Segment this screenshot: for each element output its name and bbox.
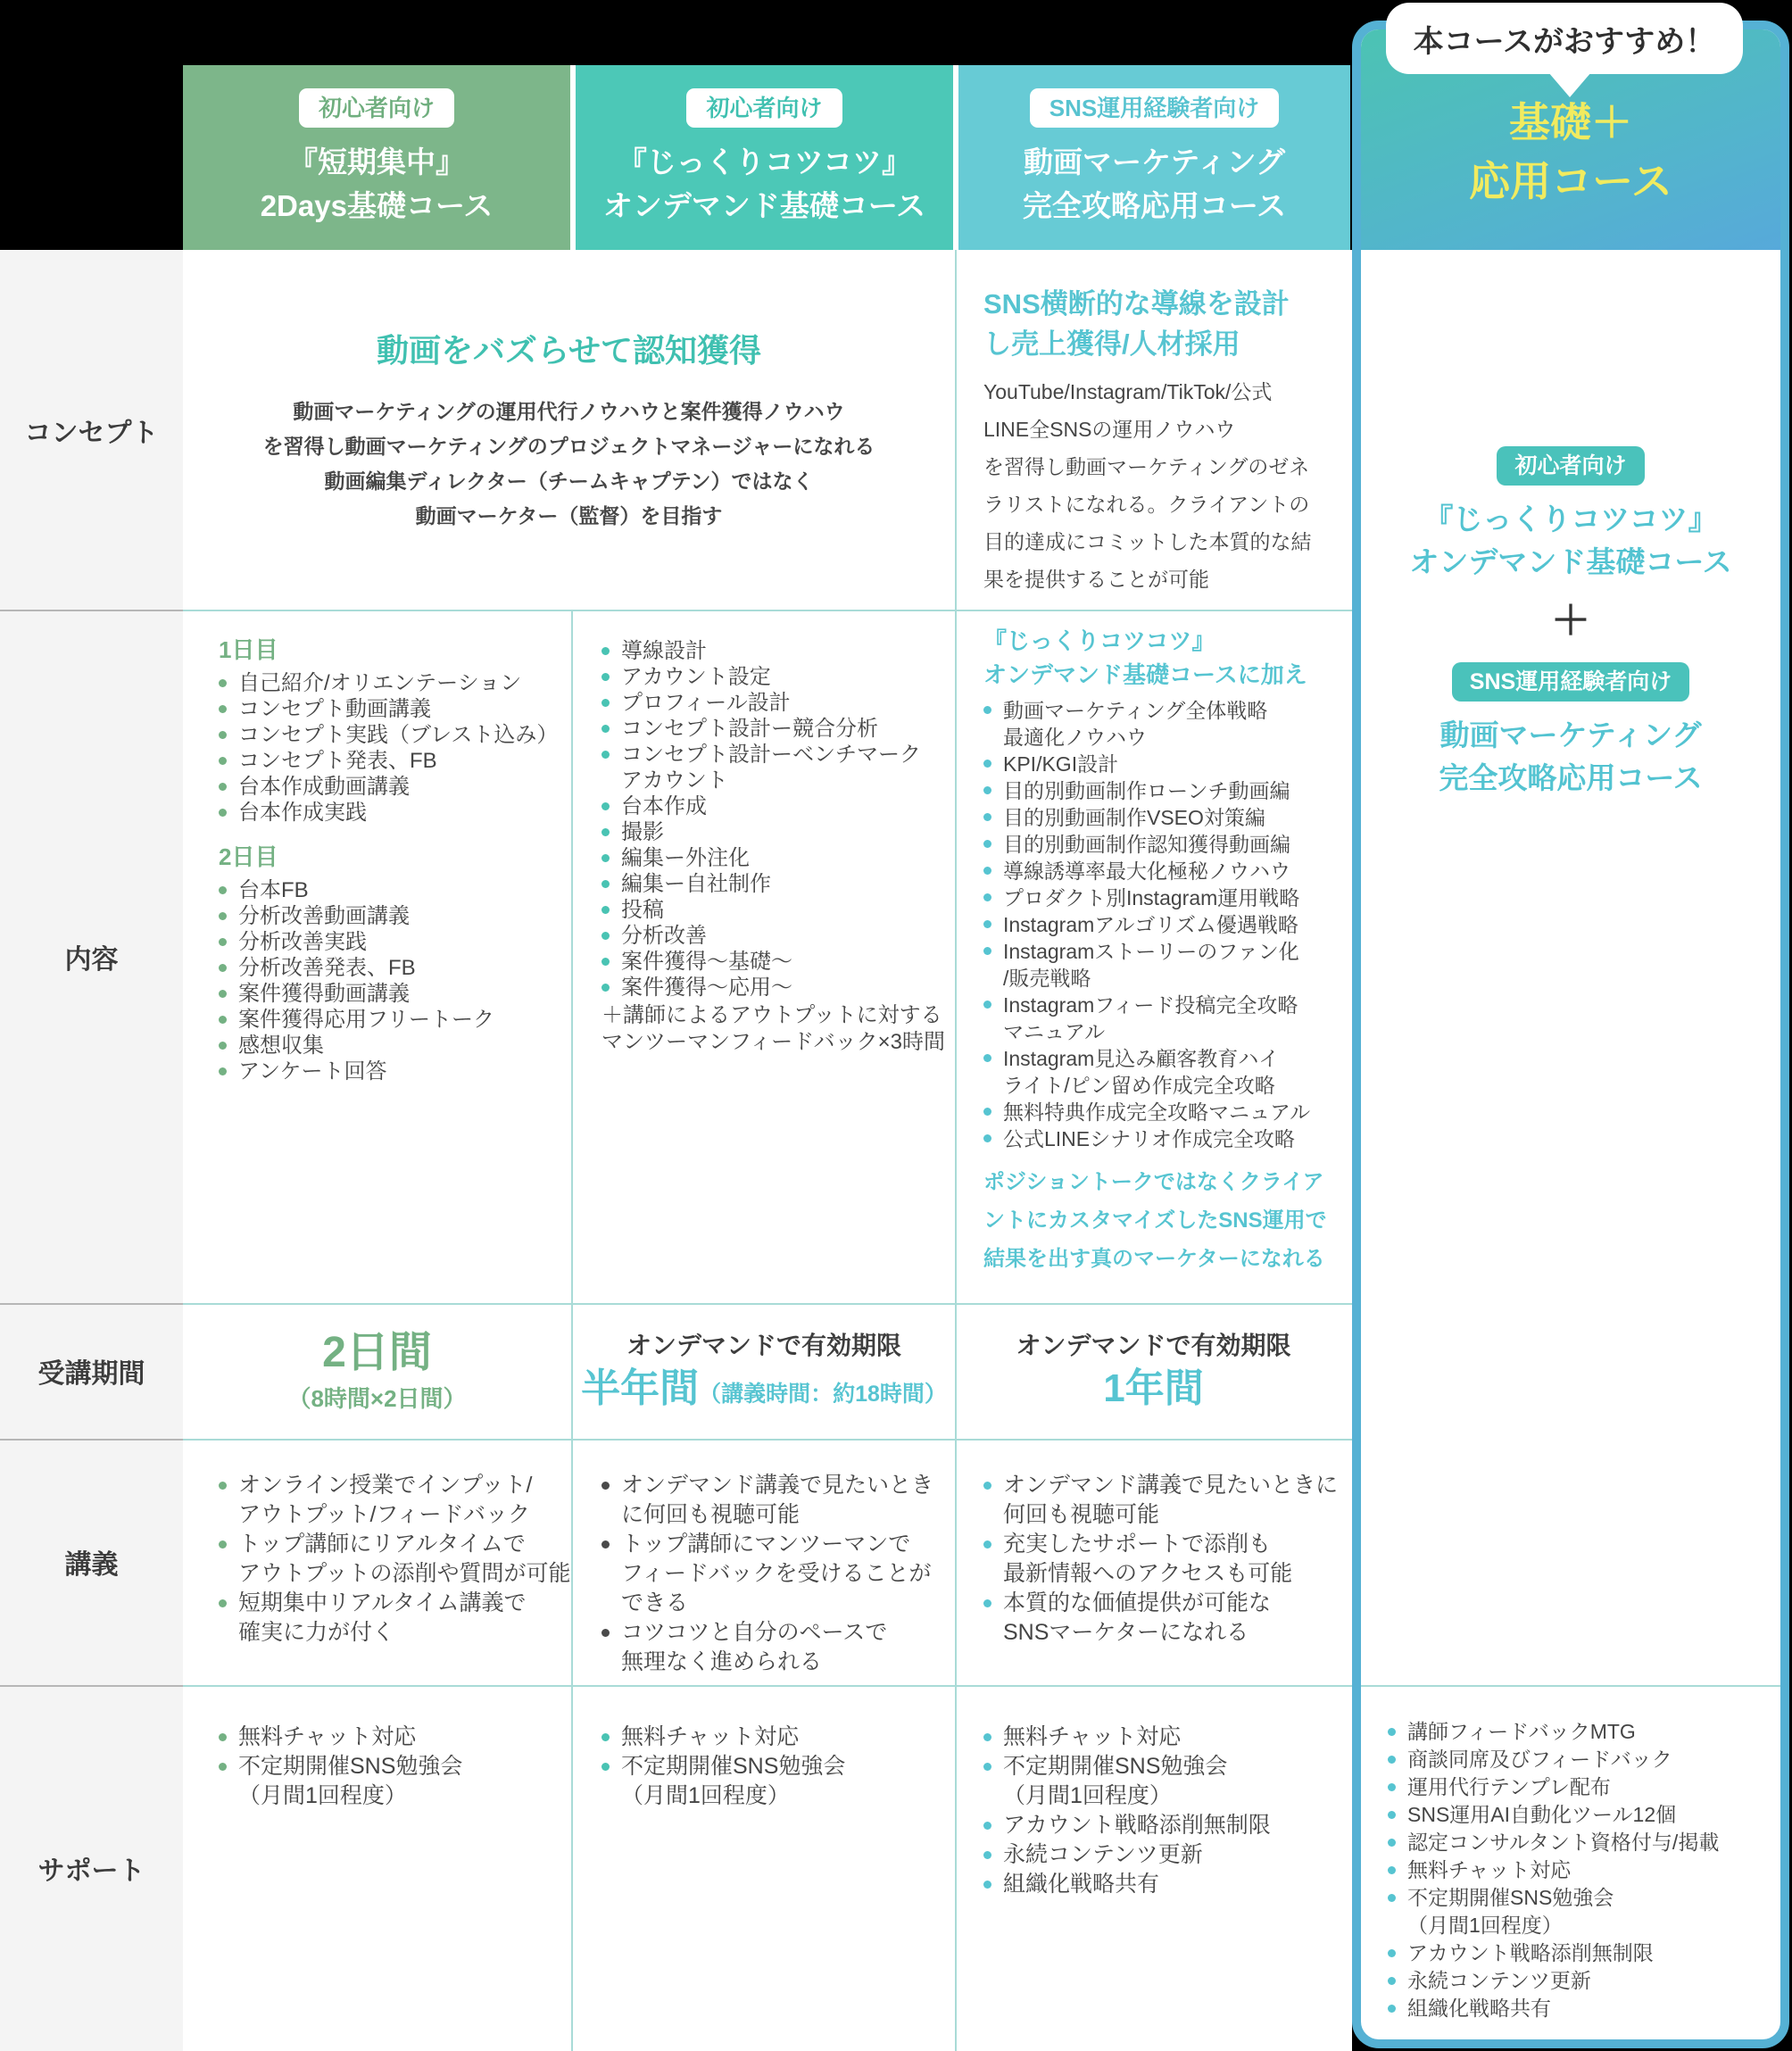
list-item-text: Instagramアルゴリズム優遇戦略: [1003, 911, 1298, 938]
list-item: 本質的な価値提供が可能な SNSマーケターになれる: [983, 1589, 1350, 1648]
bullet-icon: [219, 886, 227, 894]
bubble-tail-icon: [1548, 72, 1591, 97]
list-item-text: 無料特典作成完全攻略マニュアル: [1003, 1099, 1310, 1125]
list-item: アカウント戦略添削無制限: [983, 1811, 1350, 1840]
support-list-2days: 無料チャット対応不定期開催SNS勉強会 （月間1回程度）: [219, 1723, 571, 1811]
bullet-icon: [219, 757, 227, 765]
bullet-icon: [1388, 1866, 1396, 1874]
list-item-text: 無料チャット対応: [621, 1723, 799, 1752]
bullet-icon: [219, 938, 227, 946]
content-cell-ondemand: 導線設計アカウント設定プロフィール設計コンセプト設計ー競合分析コンセプト設計ーベ…: [573, 610, 955, 1303]
concept-body: YouTube/Instagram/TikTok/公式 LINE全SNSの運用ノ…: [983, 373, 1329, 598]
list-item-text: 運用代行テンプレ配布: [1407, 1773, 1611, 1801]
list-item-text: オンデマンド講義で見たいときに 何回も視聴可能: [1003, 1471, 1338, 1530]
list-item-text: 目的別動画制作VSEO対策編: [1003, 804, 1265, 831]
list-item-text: プロダクト別Instagram運用戦略: [1003, 884, 1299, 911]
list-item-text: 公式LINEシナリオ作成完全攻略: [1003, 1125, 1295, 1152]
bullet-icon: [601, 854, 610, 862]
duration-label: オンデマンドで有効期限: [626, 1330, 901, 1362]
list-item-text: コンセプト発表、FB: [238, 748, 437, 774]
level-badge: 初心者向け: [299, 88, 454, 128]
bullet-icon: [219, 1599, 227, 1607]
content-note: ＋講師によるアウトプットに対する マンツーマンフィードバック×3時間: [601, 1002, 955, 1056]
list-item-text: KPI/KGI設計: [1003, 751, 1118, 777]
bullet-icon: [601, 1482, 610, 1490]
list-item: 短期集中リアルタイム講義で 確実に力が付く: [219, 1589, 571, 1648]
bullet-icon: [219, 783, 227, 791]
list-item: Instagramアルゴリズム優遇戦略: [983, 911, 1343, 938]
bullet-icon: [601, 880, 610, 888]
bullet-icon: [219, 1067, 227, 1075]
bullet-icon: [601, 1733, 610, 1741]
list-item: オンデマンド講義で見たいとき に何回も視聴可能: [601, 1471, 955, 1530]
list-item-text: 分析改善発表、FB: [238, 955, 416, 981]
list-item: コンセプト設計ーベンチマーク アカウント: [601, 742, 955, 793]
support-list-ondemand: 無料チャット対応不定期開催SNS勉強会 （月間1回程度）: [601, 1723, 955, 1811]
list-item-text: 導線誘導率最大化極秘ノウハウ: [1003, 858, 1290, 884]
list-item-text: 不定期開催SNS勉強会 （月間1回程度）: [621, 1752, 845, 1811]
bullet-icon: [983, 947, 991, 955]
list-item: オンデマンド講義で見たいときに 何回も視聴可能: [983, 1471, 1350, 1530]
recommend-bubble: 本コースがおすすめ！: [1386, 3, 1743, 74]
recommended-course-panel: 基礎＋ 応用コース 初心者向け 『じっくりコツコツ』 オンデマンド基礎コース ＋…: [1352, 21, 1789, 2048]
list-item: 台本作成動画講義: [219, 774, 571, 800]
list-item-text: 案件獲得動画講義: [238, 981, 410, 1007]
list-item-text: 案件獲得応用フリートーク: [238, 1007, 494, 1033]
bullet-icon: [983, 760, 991, 768]
list-item: アカウント戦略添削無制限: [1388, 1939, 1770, 1967]
list-item: アカウント設定: [601, 664, 955, 690]
list-item-text: オンデマンド講義で見たいとき に何回も視聴可能: [621, 1471, 933, 1530]
list-item: 目的別動画制作認知獲得動画編: [983, 831, 1343, 858]
duration-sub: （8時間×2日間）: [287, 1381, 466, 1414]
content-cell-2days: 1日目 自己紹介/オリエンテーションコンセプト動画講義コンセプト実践（ブレスト込…: [183, 610, 571, 1303]
bullet-icon: [983, 867, 991, 875]
list-item-text: アカウント設定: [621, 664, 771, 690]
list-item-text: 編集ー自社制作: [621, 871, 771, 897]
list-item-text: 自己紹介/オリエンテーション: [238, 670, 521, 696]
list-item-text: 投稿: [621, 897, 664, 923]
list-item-text: コツコツと自分のペースで 無理なく進められる: [621, 1618, 887, 1677]
duration-main: 半年間: [581, 1366, 699, 1412]
list-item: コンセプト実践（ブレスト込み）: [219, 722, 571, 748]
bullet-icon: [1388, 1894, 1396, 1902]
support-cell-ondemand: 無料チャット対応不定期開催SNS勉強会 （月間1回程度）: [573, 1685, 955, 2051]
list-item-text: 台本作成: [621, 793, 707, 819]
list-item: 永続コンテンツ更新: [983, 1840, 1350, 1870]
list-item-text: 永続コンテンツ更新: [1003, 1840, 1203, 1870]
support-cell-combo: 講師フィードバックMTG商談同席及びフィードバック運用代行テンプレ配布SNS運用…: [1388, 1718, 1770, 2022]
list-item-text: 講師フィードバックMTG: [1407, 1718, 1636, 1746]
bullet-icon: [983, 786, 991, 794]
list-item-text: 本質的な価値提供が可能な SNSマーケターになれる: [1003, 1589, 1271, 1648]
content-list-ondemand: 導線設計アカウント設定プロフィール設計コンセプト設計ー競合分析コンセプト設計ーベ…: [601, 638, 955, 1001]
concept-heading: SNS横断的な導線を設計 し売上獲得/人材採用: [983, 284, 1329, 364]
list-item-text: 組織化戦略共有: [1003, 1870, 1159, 1899]
list-item: 分析改善発表、FB: [219, 955, 571, 981]
concept-cell-basic-courses: 動画をバズらせて認知獲得 動画マーケティングの運用代行ノウハウと案件獲得ノウハウ…: [183, 250, 955, 610]
bullet-icon: [219, 990, 227, 998]
row-label-lecture: 講義: [0, 1439, 183, 1685]
list-item-text: 分析改善動画講義: [238, 903, 410, 929]
list-item: 台本FB: [219, 877, 571, 903]
list-item: KPI/KGI設計: [983, 751, 1343, 777]
course-title: 『短期集中』 2Days基礎コース: [261, 140, 494, 228]
bullet-icon: [601, 1540, 610, 1549]
list-item: トップ講師にマンツーマンで フィードバックを受けることが できる: [601, 1530, 955, 1618]
row-label-content: 内容: [0, 610, 183, 1303]
list-item-text: アンケート回答: [238, 1059, 387, 1084]
list-item-text: 導線設計: [621, 638, 707, 664]
support-list-advanced: 無料チャット対応不定期開催SNS勉強会 （月間1回程度）アカウント戦略添削無制限…: [983, 1723, 1350, 1899]
content-list-advanced: 動画マーケティング全体戦略 最適化ノウハウKPI/KGI設計目的別動画制作ローン…: [983, 697, 1343, 1152]
list-item: 認定コンサルタント資格付与/掲載: [1388, 1829, 1770, 1856]
lecture-list-2days: オンライン授業でインプット/ アウトプット/フィードバックトップ講師にリアルタイ…: [219, 1471, 571, 1648]
bullet-icon: [983, 1001, 991, 1009]
duration-cell-ondemand: オンデマンドで有効期限 半年間（講義時間：約18時間）: [573, 1303, 955, 1439]
duration-cell-2days: 2日間 （8時間×2日間）: [183, 1303, 571, 1439]
list-item: コンセプト動画講義: [219, 696, 571, 722]
list-item: 不定期開催SNS勉強会 （月間1回程度）: [983, 1752, 1350, 1811]
lecture-cell-advanced: オンデマンド講義で見たいときに 何回も視聴可能充実したサポートで添削も 最新情報…: [957, 1439, 1350, 1685]
duration-main: 1年間: [1103, 1366, 1203, 1412]
row-label-duration: 受講期間: [0, 1303, 183, 1439]
content-footer: ポジショントークではなくクライア ントにカスタマイズしたSNS運用で 結果を出す…: [983, 1163, 1343, 1278]
bullet-icon: [1388, 1839, 1396, 1847]
list-item-text: 案件獲得〜応用〜: [621, 975, 792, 1001]
list-item-text: 永続コンテンツ更新: [1407, 1967, 1591, 1995]
bullet-icon: [983, 1054, 991, 1062]
bullet-icon: [983, 1134, 991, 1142]
list-item: 自己紹介/オリエンテーション: [219, 670, 571, 696]
list-item: 目的別動画制作VSEO対策編: [983, 804, 1343, 831]
header-course-2days-basic: 初心者向け 『短期集中』 2Days基礎コース: [183, 65, 570, 250]
row-label-concept: コンセプト: [0, 250, 183, 610]
combo-course-basic: 『じっくりコツコツ』 オンデマンド基礎コース: [1409, 498, 1731, 584]
bullet-icon: [983, 1108, 991, 1116]
list-item-text: 不定期開催SNS勉強会 （月間1回程度）: [238, 1752, 462, 1811]
list-item-text: 動画マーケティング全体戦略 最適化ノウハウ: [1003, 697, 1267, 751]
list-item-text: 撮影: [621, 819, 664, 845]
bullet-icon: [1388, 1756, 1396, 1764]
duration-cell-advanced: オンデマンドで有効期限 1年間: [957, 1303, 1350, 1439]
bullet-icon: [219, 1016, 227, 1024]
list-item: 案件獲得〜応用〜: [601, 975, 955, 1001]
level-badge: SNS運用経験者向け: [1452, 662, 1689, 702]
course-title: 動画マーケティング 完全攻略応用コース: [1023, 140, 1286, 228]
list-item-text: Instagramフィード投稿完全攻略 マニュアル: [1003, 992, 1298, 1045]
bullet-icon: [601, 647, 610, 655]
level-badge: 初心者向け: [1497, 446, 1644, 486]
bullet-icon: [219, 1763, 227, 1771]
bullet-icon: [983, 813, 991, 821]
header-course-ondemand-basic: 初心者向け 『じっくりコツコツ』 オンデマンド基礎コース: [576, 65, 953, 250]
list-item-text: 分析改善実践: [238, 929, 367, 955]
bullet-icon: [219, 679, 227, 687]
lecture-list-advanced: オンデマンド講義で見たいときに 何回も視聴可能充実したサポートで添削も 最新情報…: [983, 1471, 1350, 1648]
bullet-icon: [983, 1733, 991, 1741]
list-item-text: 充実したサポートで添削も 最新情報へのアクセスも可能: [1003, 1530, 1292, 1589]
list-item: コンセプト発表、FB: [219, 748, 571, 774]
list-item: 公式LINEシナリオ作成完全攻略: [983, 1125, 1343, 1152]
list-item: 投稿: [601, 897, 955, 923]
list-item: 組織化戦略共有: [983, 1870, 1350, 1899]
list-item-text: アカウント戦略添削無制限: [1407, 1939, 1654, 1967]
list-item: 無料チャット対応: [983, 1723, 1350, 1752]
bullet-icon: [983, 840, 991, 848]
bullet-icon: [601, 725, 610, 733]
list-item-text: コンセプト設計ーベンチマーク アカウント: [621, 742, 921, 793]
list-item: Instagramストーリーのファン化 /販売戦略: [983, 938, 1343, 992]
bullet-icon: [1388, 2005, 1396, 2013]
bullet-icon: [983, 1599, 991, 1607]
header-course-advanced: SNS運用経験者向け 動画マーケティング 完全攻略応用コース: [958, 65, 1350, 250]
list-item: プロフィール設計: [601, 690, 955, 716]
list-item: 案件獲得動画講義: [219, 981, 571, 1007]
list-item-text: 無料チャット対応: [1003, 1723, 1181, 1752]
list-item: 編集ー自社制作: [601, 871, 955, 897]
bullet-icon: [983, 1540, 991, 1549]
list-item-text: トップ講師にリアルタイムで アウトプットの添削や質問が可能: [238, 1530, 571, 1589]
bullet-icon: [1388, 1783, 1396, 1791]
list-item: 無料チャット対応: [219, 1723, 571, 1752]
list-item-text: 不定期開催SNS勉強会 （月間1回程度）: [1003, 1752, 1227, 1811]
bullet-icon: [983, 920, 991, 928]
list-item: 撮影: [601, 819, 955, 845]
bullet-icon: [983, 1881, 991, 1889]
list-item: 講師フィードバックMTG: [1388, 1718, 1770, 1746]
list-item: 無料チャット対応: [601, 1723, 955, 1752]
level-badge: SNS運用経験者向け: [1030, 88, 1279, 128]
list-item: 運用代行テンプレ配布: [1388, 1773, 1770, 1801]
list-item-text: 目的別動画制作認知獲得動画編: [1003, 831, 1290, 858]
lecture-list-ondemand: オンデマンド講義で見たいとき に何回も視聴可能トップ講師にマンツーマンで フィー…: [601, 1471, 955, 1677]
bullet-icon: [983, 893, 991, 901]
bullet-icon: [983, 1482, 991, 1490]
list-item-text: 目的別動画制作ローンチ動画編: [1003, 777, 1290, 804]
support-cell-advanced: 無料チャット対応不定期開催SNS勉強会 （月間1回程度）アカウント戦略添削無制限…: [957, 1685, 1350, 2051]
bullet-icon: [601, 828, 610, 836]
day2-label: 2日目: [219, 842, 571, 872]
row-label-support: サポート: [0, 1685, 183, 2051]
bullet-icon: [219, 705, 227, 713]
list-item-text: 短期集中リアルタイム講義で 確実に力が付く: [238, 1589, 527, 1648]
list-item-text: アカウント戦略添削無制限: [1003, 1811, 1271, 1840]
list-item-text: 編集ー外注化: [621, 845, 750, 871]
list-item: 目的別動画制作ローンチ動画編: [983, 777, 1343, 804]
duration-main: 2日間: [322, 1329, 432, 1377]
bullet-icon: [219, 964, 227, 972]
list-item: コツコツと自分のペースで 無理なく進められる: [601, 1618, 955, 1677]
content-list-day2: 台本FB分析改善動画講義分析改善実践分析改善発表、FB案件獲得動画講義案件獲得応…: [219, 877, 571, 1084]
list-item-text: 商談同席及びフィードバック: [1407, 1746, 1672, 1773]
day1-label: 1日目: [219, 635, 571, 665]
list-item: オンライン授業でインプット/ アウトプット/フィードバック: [219, 1471, 571, 1530]
bullet-icon: [601, 958, 610, 966]
list-item: SNS運用AI自動化ツール12個: [1388, 1801, 1770, 1829]
list-item: 動画マーケティング全体戦略 最適化ノウハウ: [983, 697, 1343, 751]
list-item-text: 台本作成動画講義: [238, 774, 410, 800]
duration-value-row: 半年間（講義時間：約18時間）: [581, 1366, 947, 1412]
list-item-text: 無料チャット対応: [238, 1723, 416, 1752]
combo-course-advanced: 動画マーケティング 完全攻略応用コース: [1439, 714, 1702, 800]
list-item: 組織化戦略共有: [1388, 1995, 1770, 2022]
list-item: 不定期開催SNS勉強会 （月間1回程度）: [1388, 1884, 1770, 1939]
list-item-text: プロフィール設計: [621, 690, 791, 716]
bullet-icon: [601, 699, 610, 707]
bullet-icon: [601, 1629, 610, 1637]
list-item: 商談同席及びフィードバック: [1388, 1746, 1770, 1773]
list-item: 分析改善動画講義: [219, 903, 571, 929]
list-item: トップ講師にリアルタイムで アウトプットの添削や質問が可能: [219, 1530, 571, 1589]
bullet-icon: [219, 1042, 227, 1050]
list-item: 台本作成: [601, 793, 955, 819]
list-item: 導線誘導率最大化極秘ノウハウ: [983, 858, 1343, 884]
duration-label: オンデマンドで有効期限: [1016, 1330, 1290, 1362]
bullet-icon: [1388, 1811, 1396, 1819]
bullet-icon: [983, 1851, 991, 1859]
list-item-text: 無料チャット対応: [1407, 1856, 1571, 1884]
course-comparison-table: 初心者向け 『短期集中』 2Days基礎コース 初心者向け 『じっくりコツコツ』…: [0, 0, 1792, 2051]
bullet-icon: [983, 706, 991, 714]
list-item: 充実したサポートで添削も 最新情報へのアクセスも可能: [983, 1530, 1350, 1589]
concept-heading: 動画をバズらせて認知獲得: [377, 326, 761, 371]
bullet-icon: [219, 1733, 227, 1741]
list-item-text: コンセプト実践（ブレスト込み）: [238, 722, 558, 748]
list-item-text: 台本FB: [238, 877, 309, 903]
duration-sub: （講義時間：約18時間）: [699, 1376, 947, 1408]
list-item-text: 感想収集: [238, 1033, 324, 1059]
lecture-cell-2days: オンライン授業でインプット/ アウトプット/フィードバックトップ講師にリアルタイ…: [183, 1439, 571, 1685]
bullet-icon: [219, 1482, 227, 1490]
bullet-icon: [1388, 1728, 1396, 1736]
list-item: コンセプト設計ー競合分析: [601, 716, 955, 742]
content-list-day1: 自己紹介/オリエンテーションコンセプト動画講義コンセプト実践（ブレスト込み）コン…: [219, 670, 571, 826]
list-item-text: コンセプト動画講義: [238, 696, 431, 722]
content-cell-advanced: 『じっくりコツコツ』 オンデマンド基礎コースに加え 動画マーケティング全体戦略 …: [957, 610, 1350, 1303]
bullet-icon: [219, 731, 227, 739]
list-item: 不定期開催SNS勉強会 （月間1回程度）: [219, 1752, 571, 1811]
list-item-text: Instagramストーリーのファン化 /販売戦略: [1003, 938, 1299, 992]
row-divider: [1361, 1685, 1780, 1687]
combo-concept-cell: 初心者向け 『じっくりコツコツ』 オンデマンド基礎コース ＋ SNS運用経験者向…: [1361, 446, 1780, 800]
course-title: 『じっくりコツコツ』 オンデマンド基礎コース: [603, 140, 925, 228]
bullet-icon: [983, 1763, 991, 1771]
list-item: 案件獲得応用フリートーク: [219, 1007, 571, 1033]
bullet-icon: [601, 751, 610, 759]
list-item-text: 認定コンサルタント資格付与/掲載: [1407, 1829, 1719, 1856]
list-item-text: 台本作成実践: [238, 800, 367, 826]
list-item-text: コンセプト設計ー競合分析: [621, 716, 878, 742]
list-item-text: SNS運用AI自動化ツール12個: [1407, 1801, 1676, 1829]
list-item: 台本作成実践: [219, 800, 571, 826]
list-item: 永続コンテンツ更新: [1388, 1967, 1770, 1995]
bullet-icon: [601, 802, 610, 810]
list-item-text: オンライン授業でインプット/ アウトプット/フィードバック: [238, 1471, 532, 1530]
bullet-icon: [601, 906, 610, 914]
list-item: 無料特典作成完全攻略マニュアル: [983, 1099, 1343, 1125]
support-cell-2days: 無料チャット対応不定期開催SNS勉強会 （月間1回程度）: [183, 1685, 571, 2051]
list-item-text: 分析改善: [621, 923, 707, 949]
bullet-icon: [601, 1763, 610, 1771]
list-item: 導線設計: [601, 638, 955, 664]
bullet-icon: [219, 1540, 227, 1549]
support-list-combo: 講師フィードバックMTG商談同席及びフィードバック運用代行テンプレ配布SNS運用…: [1388, 1718, 1770, 2022]
concept-body: 動画マーケティングの運用代行ノウハウと案件獲得ノウハウ を習得し動画マーケティン…: [263, 394, 875, 534]
plus-icon: ＋: [1551, 602, 1590, 641]
bullet-icon: [601, 984, 610, 992]
list-item-text: 不定期開催SNS勉強会 （月間1回程度）: [1407, 1884, 1614, 1939]
list-item-text: Instagram見込み顧客教育ハイ ライト/ピン留め作成完全攻略: [1003, 1045, 1279, 1099]
list-item: 無料チャット対応: [1388, 1856, 1770, 1884]
list-item: Instagramフィード投稿完全攻略 マニュアル: [983, 992, 1343, 1045]
bullet-icon: [601, 932, 610, 940]
list-item: 案件獲得〜基礎〜: [601, 949, 955, 975]
bullet-icon: [219, 912, 227, 920]
bullet-icon: [983, 1822, 991, 1830]
concept-cell-advanced-course: SNS横断的な導線を設計 し売上獲得/人材採用 YouTube/Instagra…: [957, 250, 1350, 610]
level-badge: 初心者向け: [686, 88, 842, 128]
list-item: アンケート回答: [219, 1059, 571, 1084]
list-item: 分析改善実践: [219, 929, 571, 955]
bullet-icon: [601, 673, 610, 681]
bullet-icon: [219, 809, 227, 817]
lecture-cell-ondemand: オンデマンド講義で見たいとき に何回も視聴可能トップ講師にマンツーマンで フィー…: [573, 1439, 955, 1685]
list-item-text: トップ講師にマンツーマンで フィードバックを受けることが できる: [621, 1530, 932, 1618]
list-item: 分析改善: [601, 923, 955, 949]
list-item: 編集ー外注化: [601, 845, 955, 871]
bullet-icon: [1388, 1977, 1396, 1985]
list-item-text: 組織化戦略共有: [1407, 1995, 1551, 2022]
list-item: プロダクト別Instagram運用戦略: [983, 884, 1343, 911]
list-item: Instagram見込み顧客教育ハイ ライト/ピン留め作成完全攻略: [983, 1045, 1343, 1099]
list-item-text: 案件獲得〜基礎〜: [621, 949, 792, 975]
list-item: 不定期開催SNS勉強会 （月間1回程度）: [601, 1752, 955, 1811]
content-heading: 『じっくりコツコツ』 オンデマンド基礎コースに加え: [983, 624, 1343, 692]
bullet-icon: [1388, 1949, 1396, 1957]
list-item: 感想収集: [219, 1033, 571, 1059]
